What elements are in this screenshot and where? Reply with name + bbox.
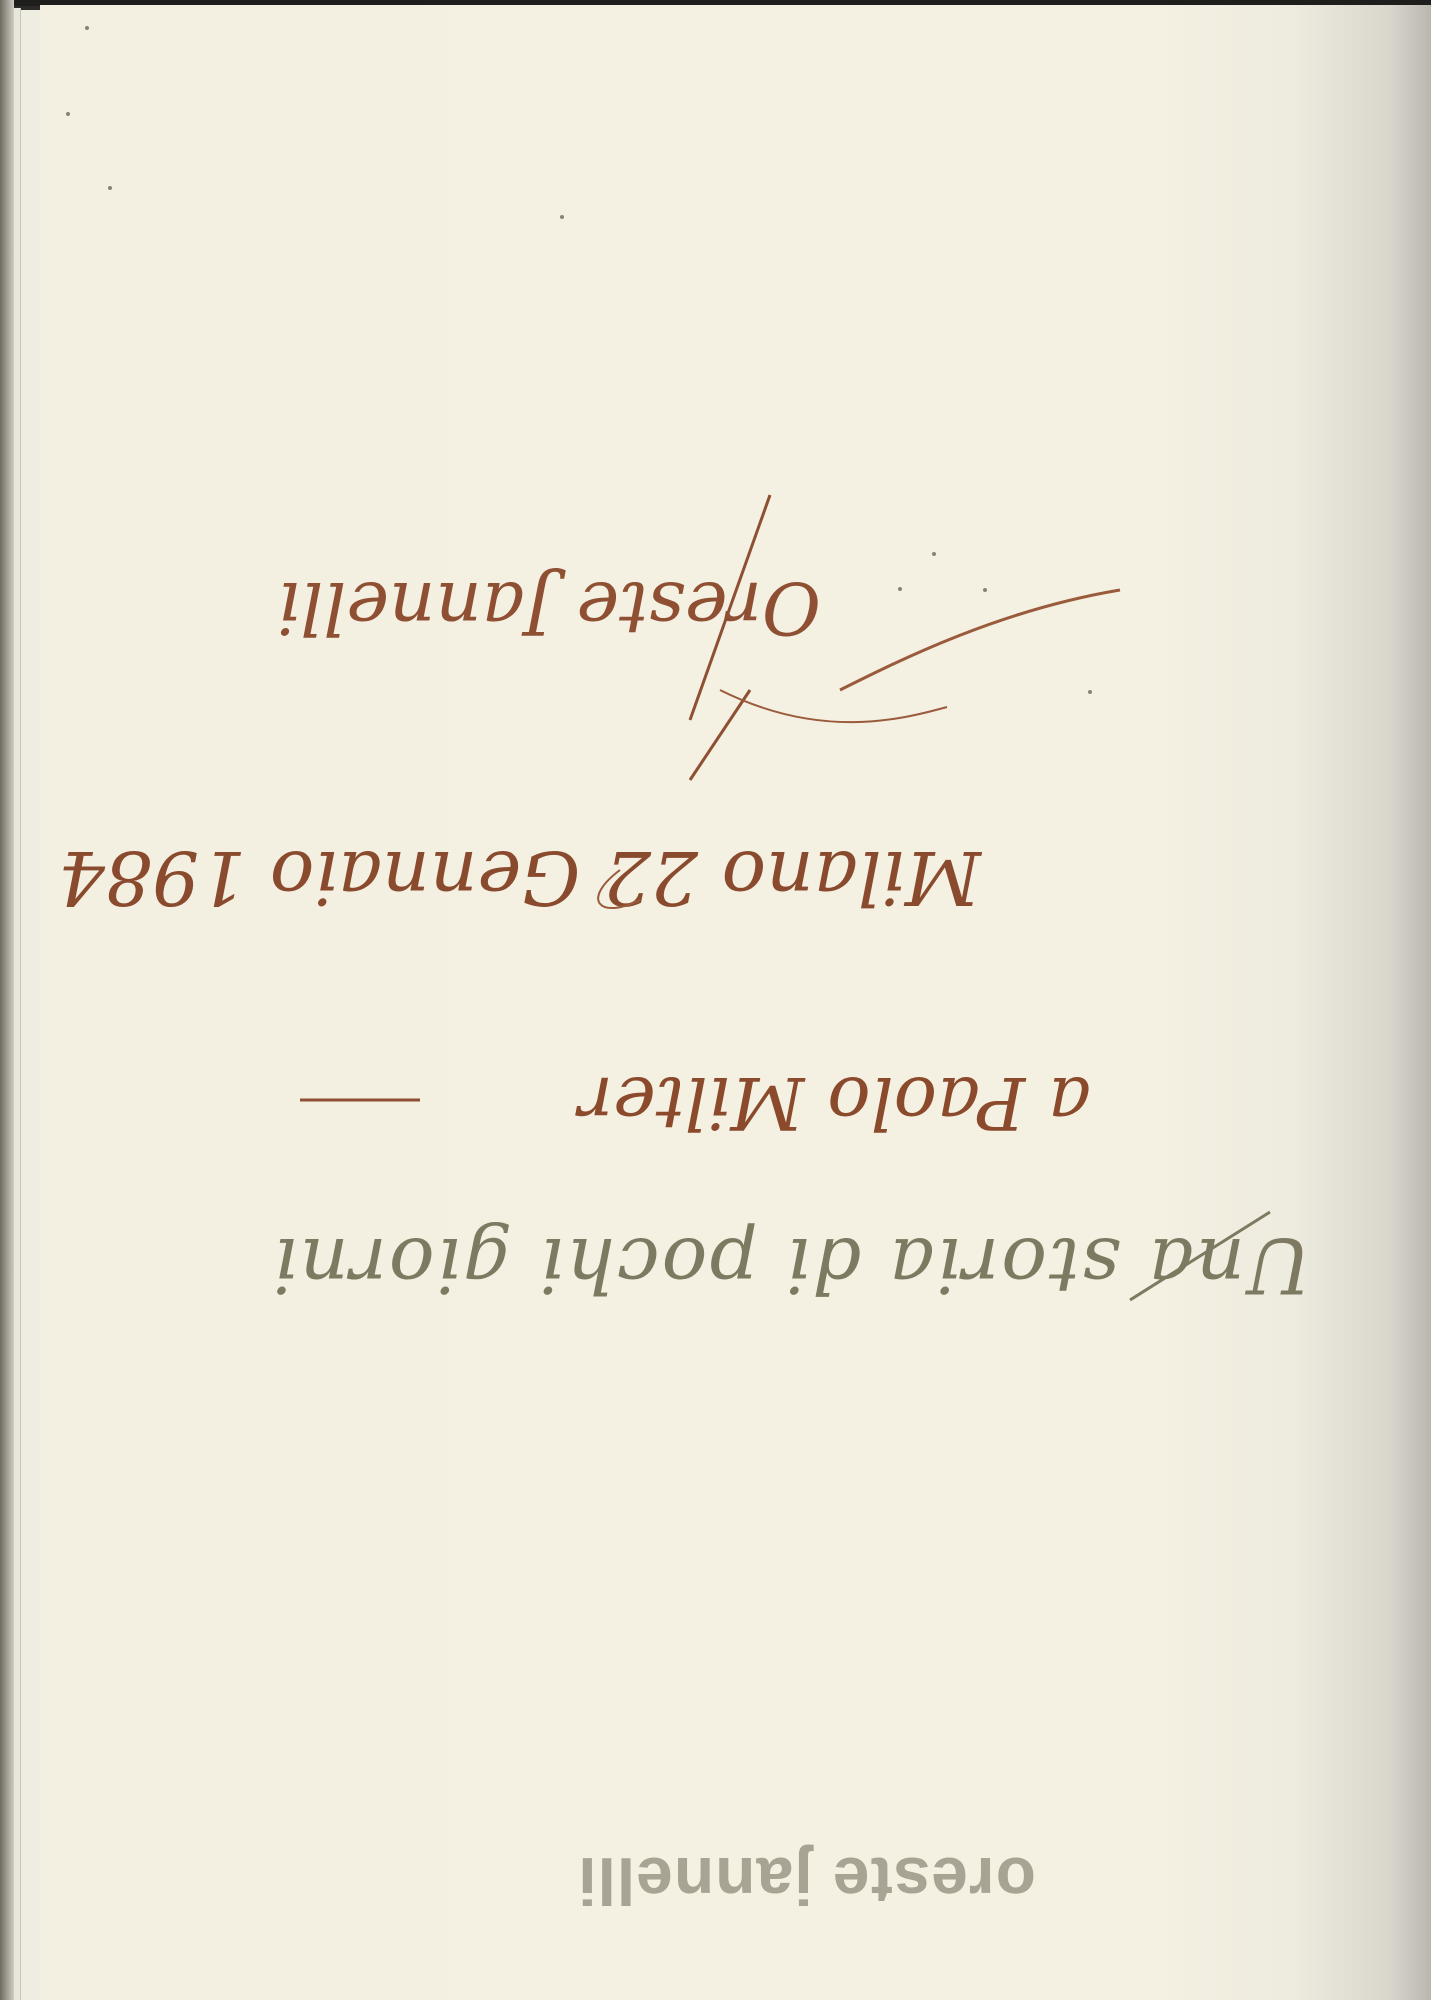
signature-flourishes [0, 0, 1431, 2000]
